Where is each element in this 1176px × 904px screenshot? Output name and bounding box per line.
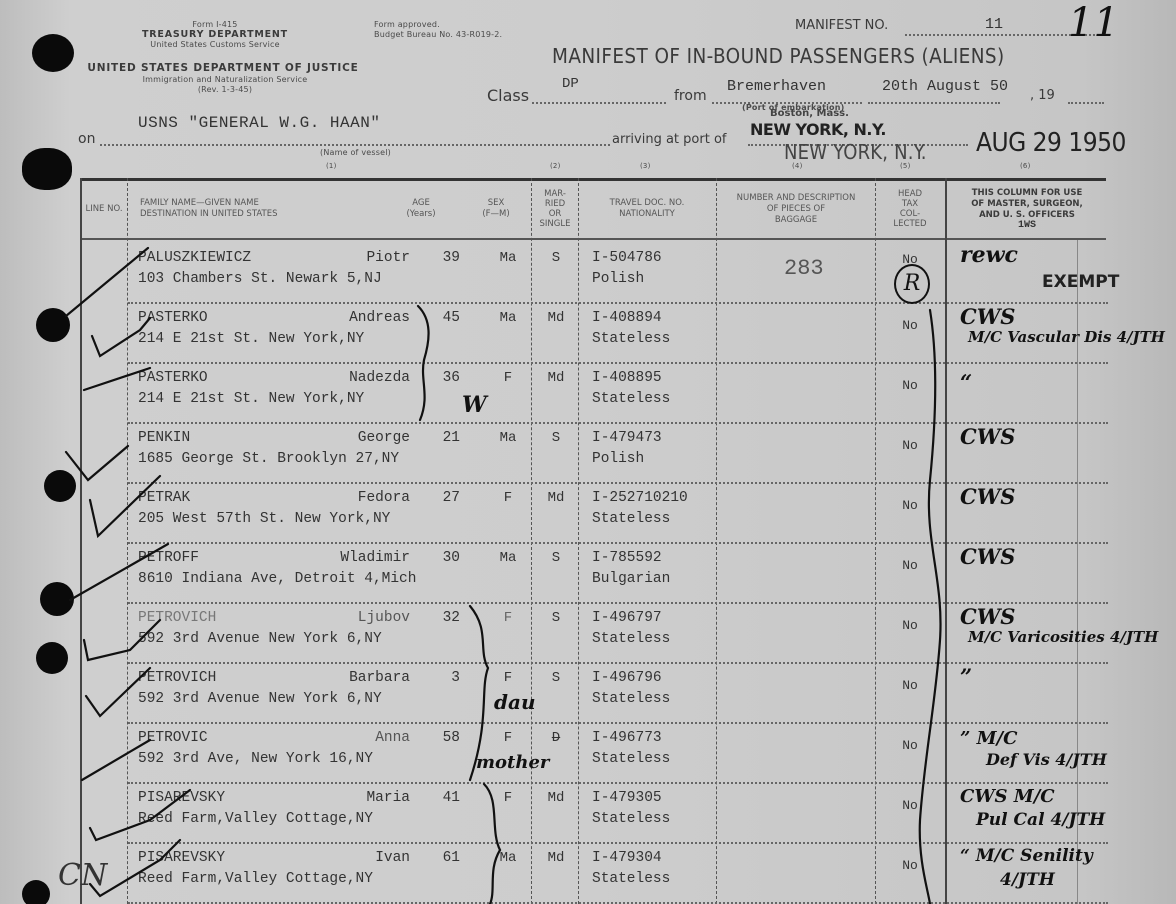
check-mark-icon xyxy=(86,668,150,716)
tax-column-stroke xyxy=(920,310,941,904)
check-mark-icon xyxy=(90,840,180,896)
family-brace xyxy=(484,784,500,904)
check-mark-icon xyxy=(66,446,128,480)
handwriting-overlay xyxy=(0,0,1176,904)
check-mark-icon xyxy=(90,790,190,840)
family-brace xyxy=(418,306,429,420)
check-mark-icon xyxy=(70,544,168,600)
check-mark-icon xyxy=(82,740,150,780)
check-mark-icon xyxy=(84,368,150,390)
check-mark-icon xyxy=(90,476,160,536)
check-mark-icon xyxy=(92,318,150,356)
check-mark-icon xyxy=(84,620,160,660)
check-mark-icon xyxy=(66,248,148,316)
family-brace xyxy=(470,606,488,780)
